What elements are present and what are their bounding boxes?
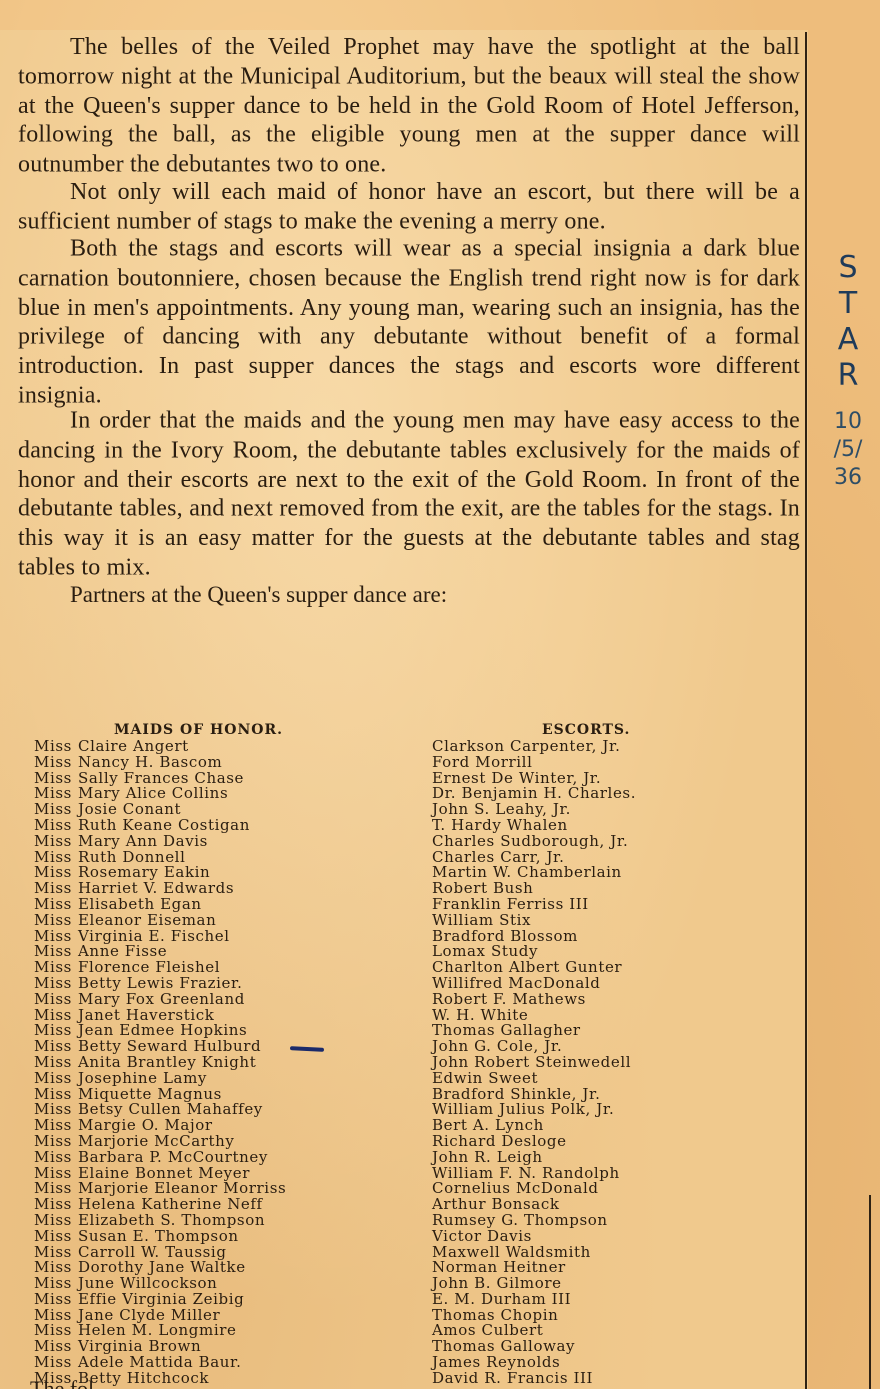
annotation-date: 10 /5/ 36 bbox=[828, 408, 868, 492]
maids-of-honor-list: MAIDS OF HONOR. MissClaire AngertMissNan… bbox=[34, 722, 414, 1387]
article-body: The belles of the Veiled Prophet may hav… bbox=[18, 34, 800, 609]
annotation-letter: R bbox=[828, 358, 868, 394]
escorts-list: ESCORTS. Clarkson Carpenter, Jr.Ford Mor… bbox=[432, 722, 772, 1387]
paragraph-2: Not only will each maid of honor have an… bbox=[18, 177, 800, 236]
handwritten-annotation: S T A R 10 /5/ 36 bbox=[828, 250, 868, 492]
adjacent-column-rule bbox=[869, 1195, 871, 1389]
paragraph-3: Both the stags and escorts will wear as … bbox=[18, 234, 800, 410]
paragraph-1: The belles of the Veiled Prophet may hav… bbox=[18, 33, 800, 180]
annotation-letter: A bbox=[828, 322, 868, 358]
cut-off-text: The fol... bbox=[30, 1376, 111, 1389]
paragraph-4: In order that the maids and the young me… bbox=[18, 407, 800, 583]
date-month: 10 bbox=[828, 408, 868, 436]
column-rule bbox=[805, 32, 807, 1389]
date-year: 36 bbox=[828, 464, 868, 492]
list-intro: Partners at the Queen's supper dance are… bbox=[18, 581, 800, 609]
escort-entry: David R. Francis III bbox=[432, 1371, 772, 1387]
annotation-letter: T bbox=[828, 286, 868, 322]
date-day: /5/ bbox=[828, 436, 868, 464]
annotation-letter: S bbox=[828, 250, 868, 286]
